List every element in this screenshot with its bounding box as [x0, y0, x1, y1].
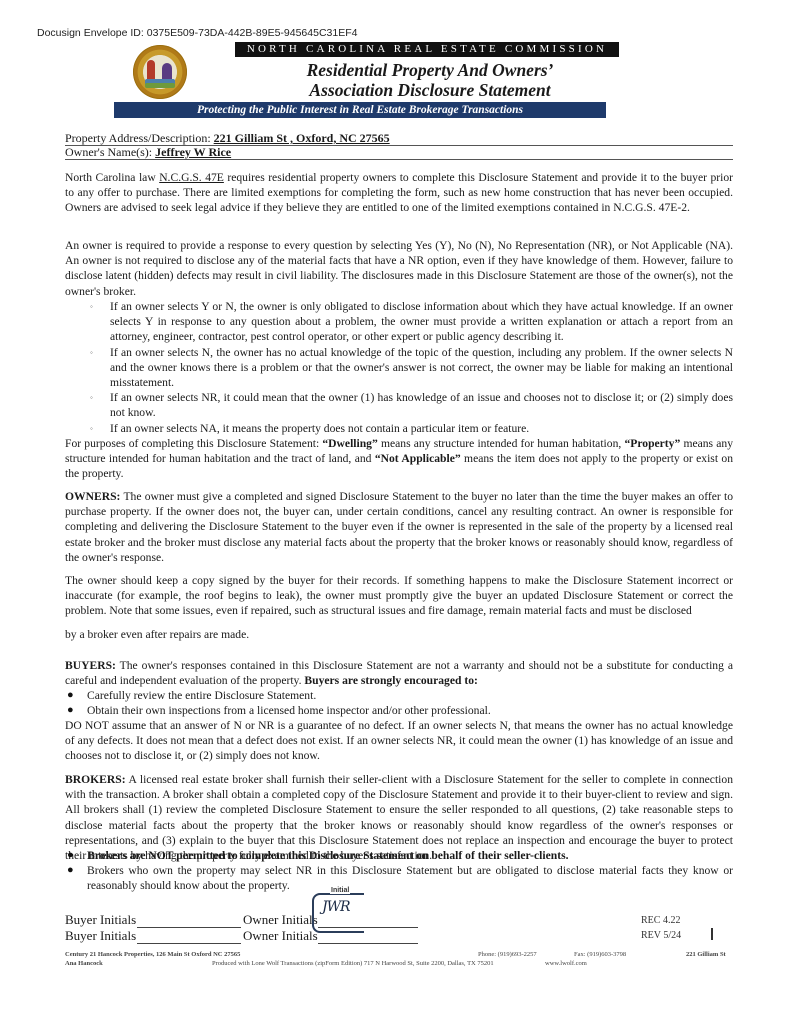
bullet-icon: ● [67, 848, 74, 863]
list-item-text: If an owner selects NA, it means the pro… [110, 422, 529, 435]
buyers-heading: BUYERS: [65, 659, 116, 672]
list-item-text: Carefully review the entire Disclosure S… [87, 689, 316, 702]
buyer-initials-label: Buyer Initials [65, 928, 137, 944]
owners-repairs-note: by a broker even after repairs are made. [65, 627, 733, 642]
bullet-icon: ◦ [90, 299, 93, 314]
footer-property-ref: 221 Gilliam St [686, 951, 726, 958]
footer-agent: Ana Hancock [65, 960, 103, 967]
buyers-section: BUYERS: The owner's responses contained … [65, 658, 733, 688]
owners-section: OWNERS: The owner must give a completed … [65, 489, 733, 565]
owner-name-label: Owner's Name(s): [65, 145, 155, 159]
buyer-initials-label: Buyer Initials [65, 912, 137, 928]
bullet-icon: ● [67, 688, 74, 703]
property-address-field[interactable]: Property Address/Description: 221 Gillia… [65, 131, 733, 146]
owner-initials-signature: JWR [322, 899, 350, 915]
list-item: ●Brokers are NOT permitted to complete t… [65, 848, 733, 863]
list-item: ◦If an owner selects Y or N, the owner i… [65, 299, 733, 345]
owners-update-paragraph: The owner should keep a copy signed by t… [65, 573, 733, 619]
form-title-line-2: Association Disclosure Statement [240, 80, 620, 100]
response-options-paragraph: An owner is required to provide a respon… [65, 238, 733, 299]
property-address-label: Property Address/Description: [65, 131, 214, 145]
list-item: ◦If an owner selects NA, it means the pr… [65, 421, 733, 436]
response-options-list: ◦If an owner selects Y or N, the owner i… [65, 299, 733, 436]
nc-state-seal-icon [133, 45, 187, 99]
tagline-banner: Protecting the Public Interest in Real E… [114, 102, 606, 118]
list-item-text: Brokers who own the property may select … [87, 864, 733, 892]
list-item: ●Brokers who own the property may select… [65, 863, 733, 893]
bullet-icon: ● [67, 703, 74, 718]
page-marker [711, 928, 713, 940]
definitions-paragraph: For purposes of completing this Disclosu… [65, 436, 733, 482]
list-item-text: If an owner selects N, the owner has no … [110, 346, 733, 389]
term-not-applicable: “Not Applicable” [375, 452, 461, 465]
brokers-list: ●Brokers are NOT permitted to complete t… [65, 848, 733, 894]
footer-fax: Fax: (919)603-3798 [574, 951, 626, 958]
owner-initials-label: Owner Initials [243, 928, 318, 944]
rev-date: REV 5/24 [641, 928, 681, 943]
owner-name-value[interactable]: Jeffrey W Rice [155, 145, 231, 159]
seal-ground [145, 83, 175, 88]
commission-banner: NORTH CAROLINA REAL ESTATE COMMISSION [235, 42, 619, 57]
owner-name-field[interactable]: Owner's Name(s): Jeffrey W Rice [65, 145, 733, 160]
docusign-envelope-id: Docusign Envelope ID: 0375E509-73DA-442B… [37, 27, 357, 39]
property-address-value[interactable]: 221 Gilliam St , Oxford, NC 27565 [214, 131, 390, 145]
definitions-text: means any structure intended for human h… [378, 437, 625, 450]
intro-paragraph: North Carolina law N.C.G.S. 47E requires… [65, 170, 733, 216]
initial-stamp-label: Initial [330, 887, 350, 894]
owners-text: The owner must give a completed and sign… [65, 490, 733, 564]
bullet-icon: ◦ [90, 390, 93, 405]
initials-row-1: Buyer Initials Owner Initials [65, 912, 465, 928]
list-item-text: If an owner selects NR, it could mean th… [110, 391, 733, 419]
rec-code: REC 4.22 [641, 913, 681, 928]
initials-block: Buyer Initials Owner Initials Buyer Init… [65, 912, 465, 944]
buyers-encouraged-text: Buyers are strongly encouraged to: [304, 674, 477, 687]
bullet-icon: ◦ [90, 345, 93, 360]
definitions-text: For purposes of completing this Disclosu… [65, 437, 322, 450]
list-item-text: Obtain their own inspections from a lice… [87, 704, 491, 717]
owners-heading: OWNERS: [65, 490, 120, 503]
brokers-heading: BROKERS: [65, 773, 126, 786]
bullet-icon: ◦ [90, 421, 93, 436]
footer-produced-by: Produced with Lone Wolf Transactions (zi… [212, 960, 494, 967]
term-dwelling: “Dwelling” [322, 437, 377, 450]
buyer-initials-field-1[interactable] [137, 915, 241, 928]
footer-phone: Phone: (919)693-2257 [478, 951, 537, 958]
list-item: ◦If an owner selects NR, it could mean t… [65, 390, 733, 420]
buyers-list: ●Carefully review the entire Disclosure … [65, 688, 733, 718]
initials-row-2: Buyer Initials Owner Initials [65, 928, 465, 944]
buyers-guarantee-paragraph: DO NOT assume that an answer of N or NR … [65, 718, 733, 764]
list-item-text: Brokers are NOT permitted to complete th… [87, 849, 569, 862]
footer-brokerage: Century 21 Hancock Properties, 126 Main … [65, 951, 240, 958]
list-item-text: If an owner selects Y or N, the owner is… [110, 300, 733, 343]
owner-initials-label: Owner Initials [243, 912, 318, 928]
statute-link[interactable]: N.C.G.S. 47E [159, 171, 224, 184]
form-title-line-1: Residential Property And Owners’ [240, 60, 620, 80]
list-item: ●Obtain their own inspections from a lic… [65, 703, 733, 718]
list-item: ●Carefully review the entire Disclosure … [65, 688, 733, 703]
intro-text-a: North Carolina law [65, 171, 159, 184]
term-property: “Property” [624, 437, 680, 450]
revision-info: REC 4.22 REV 5/24 [641, 913, 681, 943]
bullet-icon: ● [67, 863, 74, 878]
list-item: ◦If an owner selects N, the owner has no… [65, 345, 733, 391]
footer-website-link[interactable]: www.lwolf.com [545, 960, 587, 967]
buyer-initials-field-2[interactable] [137, 931, 241, 944]
